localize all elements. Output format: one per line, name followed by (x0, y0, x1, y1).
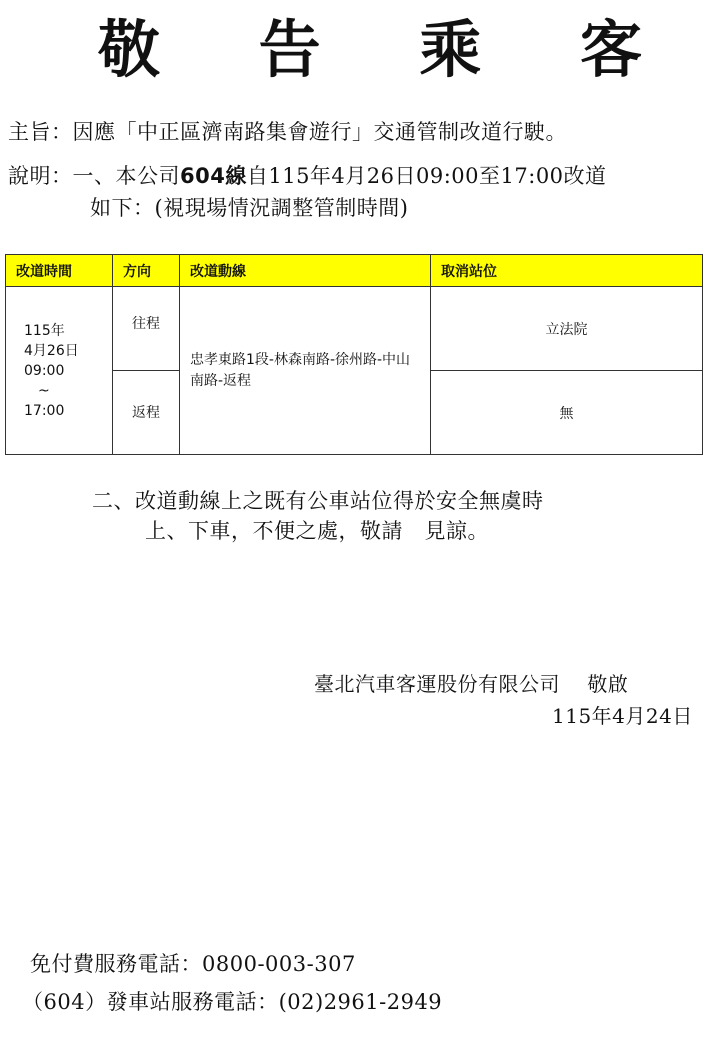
note-line-1: 二、改道動線上之既有公車站位得於安全無虞時 (92, 485, 544, 515)
direction-return: 返程 (113, 371, 180, 455)
detour-time-cell: 115年 4月26日 09:00 ~ 17:00 (6, 287, 113, 455)
time-date: 4月26日 (24, 341, 112, 361)
subject-line: 主旨：因應「中正區濟南路集會遊行」交通管制改道行駛。 (8, 116, 567, 146)
header-time: 改道時間 (6, 255, 113, 287)
title-char: 敬 (98, 14, 160, 86)
direction-outbound: 往程 (113, 287, 180, 371)
title-char: 告 (259, 14, 321, 86)
table-header-row: 改道時間 方向 改道動線 取消站位 (6, 255, 703, 287)
description-line-1: 說明：一、本公司604線自115年4月26日09:00至17:00改道 (8, 160, 607, 190)
route-number: 604線 (180, 164, 247, 188)
time-year: 115年 (24, 321, 112, 341)
title-char: 乘 (419, 14, 481, 86)
company-signature: 臺北汽車客運股份有限公司 敬啟 (314, 668, 628, 697)
header-route: 改道動線 (180, 255, 431, 287)
item1-prefix: 一、本公司 (73, 164, 181, 188)
depot-phone: （604）發車站服務電話：(02)2961-2949 (22, 986, 442, 1016)
time-tilde: ~ (24, 381, 112, 401)
description-label: 說明： (8, 164, 73, 188)
subject-label: 主旨： (8, 120, 73, 144)
title-char: 客 (580, 14, 642, 86)
time-end: 17:00 (24, 401, 112, 421)
cancelled-stop-outbound: 立法院 (431, 287, 703, 371)
header-direction: 方向 (113, 255, 180, 287)
table-row: 115年 4月26日 09:00 ~ 17:00 往程 忠孝東路1段-林森南路-… (6, 287, 703, 371)
toll-free-phone: 免付費服務電話：0800-003-307 (30, 948, 356, 978)
notice-title: 敬 告 乘 客 (0, 14, 720, 86)
header-cancelled-stops: 取消站位 (431, 255, 703, 287)
description-line-2: 如下：(視現場情況調整管制時間) (90, 192, 408, 222)
cancelled-stop-return: 無 (431, 371, 703, 455)
detour-table: 改道時間 方向 改道動線 取消站位 115年 4月26日 09:00 ~ 17:… (5, 254, 703, 455)
subject-text: 因應「中正區濟南路集會遊行」交通管制改道行駛。 (73, 120, 568, 144)
note-line-2: 上、下車，不便之處，敬請 見諒。 (145, 515, 489, 545)
time-start: 09:00 (24, 361, 112, 381)
notice-date: 115年4月24日 (552, 700, 693, 729)
detour-route-cell: 忠孝東路1段-林森南路-徐州路-中山南路-返程 (180, 287, 431, 455)
item1-suffix: 自115年4月26日09:00至17:00改道 (247, 164, 607, 188)
